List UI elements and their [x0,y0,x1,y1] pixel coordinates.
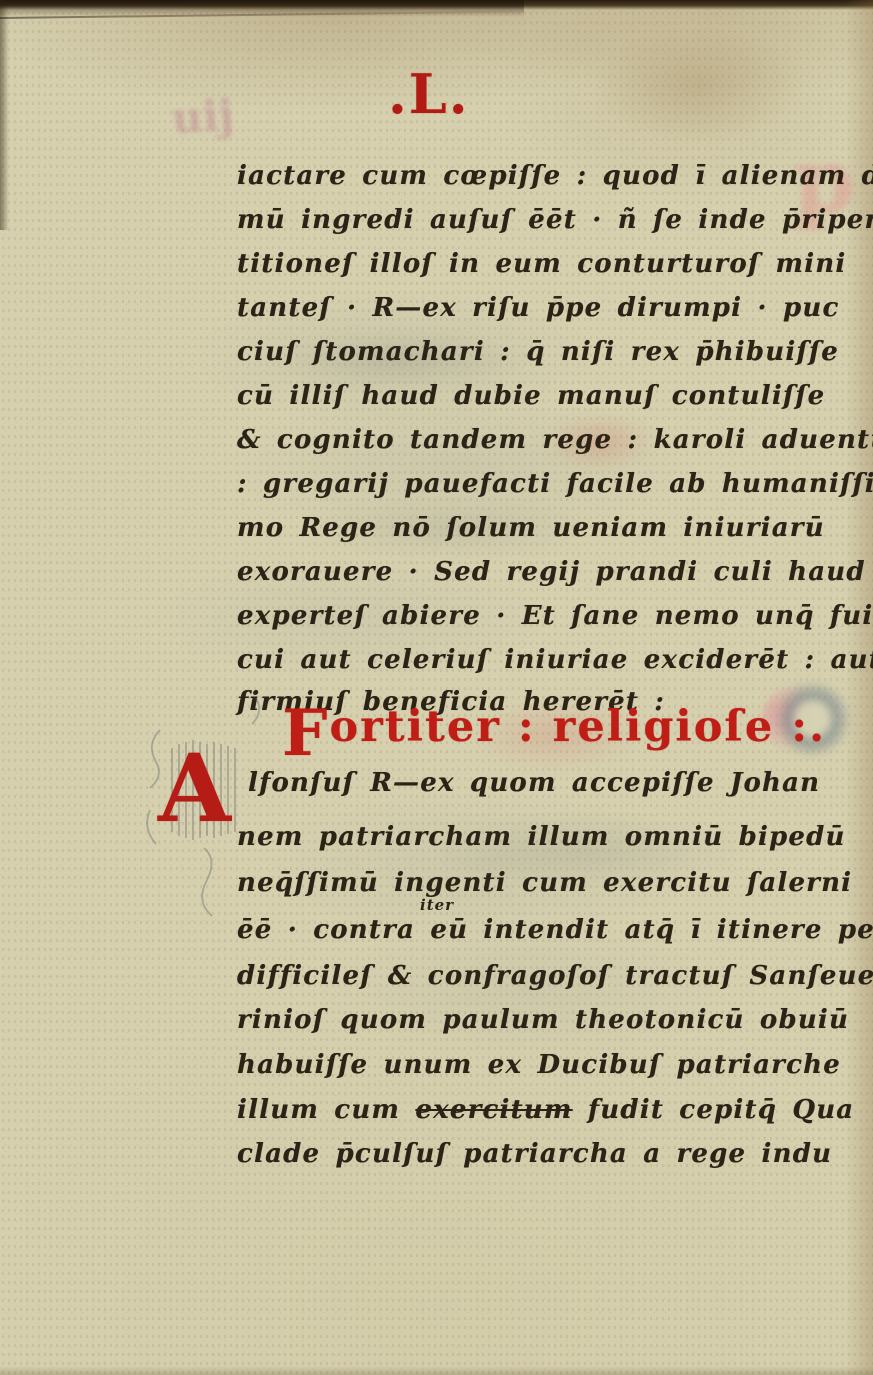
rubric-text: ortiter : religioſe :. [329,702,826,752]
page-edge-bottom [0,1366,873,1375]
text-line: iactare cum cœpiſſe : quod ī alienam do [237,161,873,191]
text-line: & cognito tandem rege : karoli aduentu [237,425,873,455]
text-line: ciuſ ſtomachari : q̄ niſi rex p̄hibuiſſe [237,337,839,367]
text-segment: fudit cepitq̄ Qua [573,1095,855,1125]
text-line: tanteſ · R—ex riſu p̄pe dirumpi · puc [237,293,840,323]
text-line: lfonſuſ R—ex quom accepiſſe Johan [248,768,820,798]
text-line: habuiſſe unum ex Ducibuſ patriarche [237,1050,841,1080]
page-edge-left [0,0,9,230]
text-line: mū ingredi auſuſ ēēt · ñ ſe inde p̄riper… [237,205,873,235]
text-line: ēē · contra eū intendit atq̄ ī itinere p… [237,915,873,945]
text-line: mo Rege nō ſolum ueniam iniuriarū [237,513,825,543]
text-segment: illum cum [237,1095,415,1125]
manuscript-page: uij p .L. iactare cum cœpiſſe : quod ī a… [0,0,873,1375]
text-line: rinioſ quom paulum theotonicū obuiū [237,1005,849,1035]
text-line: exorauere · Sed regij prandi culi haud [237,557,866,587]
text-line: neq̄ſſimū ingenti cum exercitu ſalerni [237,868,852,898]
text-line: titioneſ illoſ in eum conturturoſ mini [237,249,847,279]
text-line: cui aut celeriuſ iniuriae exciderēt : au… [237,645,873,675]
text-line: cū illiſ haud dubie manuſ contuliſſe [237,381,825,411]
drop-cap-initial: A [158,742,231,836]
text-line: clade p̄culſuſ patriarcha a rege indu [237,1139,832,1169]
interlinear-correction: iter [420,896,454,914]
folio-mark: .L. [388,62,470,126]
text-line: nem patriarcham illum omniū bipedū [237,822,846,852]
struck-word: exercitum [415,1095,572,1125]
show-through-folio-numeral: uij [170,90,235,143]
text-line: experteſ abiere · Et ſane nemo unq̄ fuit [237,601,873,631]
rubric-heading: Fortiter : religioſe :. [282,702,826,754]
stain-top-right [590,25,810,145]
text-line: illum cum exercitum fudit cepitq̄ Qua [237,1095,854,1125]
text-line: difficileſ & confragoſoſ tractuſ Sanſeue [237,961,873,991]
text-line: : gregarij pauefacti facile ab humaniſſi [237,469,873,499]
